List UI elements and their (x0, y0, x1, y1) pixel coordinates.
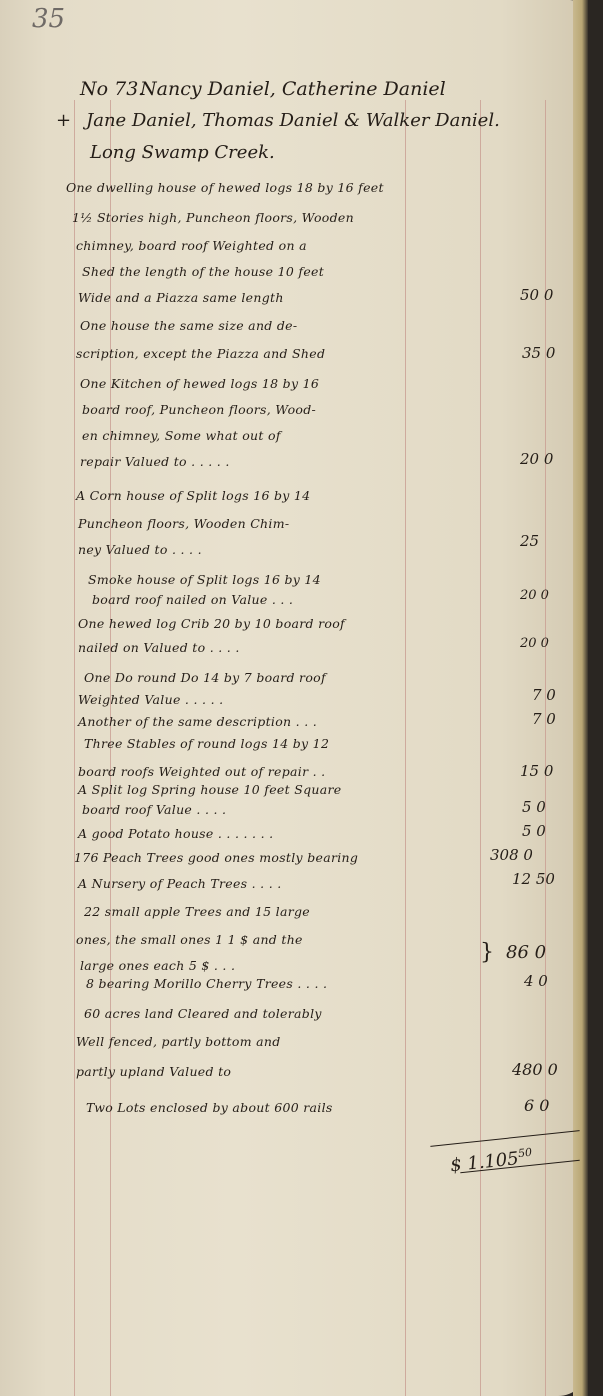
item-11-amount: 5 0 (522, 822, 546, 840)
item-5-line-1: Smoke house of Split logs 16 by 14 (88, 572, 321, 587)
item-6-line-1: One hewed log Crib 20 by 10 board roof (78, 616, 345, 631)
item-10-line-1: A Split log Spring house 10 feet Square (78, 782, 341, 797)
item-15-line-1: 8 bearing Morillo Cherry Trees . . . . (86, 976, 327, 991)
item-17-line-1: Two Lots enclosed by about 600 rails (86, 1100, 333, 1115)
claimants-line-1: Nancy Daniel, Catherine Daniel (140, 78, 446, 100)
item-14-line-2: ones, the small ones 1 1 $ and the (76, 932, 303, 947)
item-9-line-2: board roofs Weighted out of repair . . (78, 764, 325, 779)
item-3-line-4: repair Valued to . . . . . (80, 454, 230, 469)
column-rule-2 (480, 100, 481, 1396)
brace-mark: } (480, 940, 494, 965)
item-8-line-1: Another of the same description . . . (78, 714, 317, 729)
item-8-amount: 7 0 (532, 710, 556, 728)
item-6-line-2: nailed on Valued to . . . . (78, 640, 240, 655)
item-14-line-1: 22 small apple Trees and 15 large (84, 904, 310, 919)
item-13-line-1: A Nursery of Peach Trees . . . . (78, 876, 282, 891)
item-1-line-1: One dwelling house of hewed logs 18 by 1… (66, 180, 384, 195)
column-rule-1 (405, 100, 406, 1396)
item-1-line-3: chimney, board roof Weighted on a (76, 238, 307, 253)
item-3-line-1: One Kitchen of hewed logs 18 by 16 (80, 376, 319, 391)
page-number: 35 (32, 4, 65, 34)
item-12-amount: 308 0 (490, 846, 533, 864)
item-5-line-2: board roof nailed on Value . . . (92, 592, 293, 607)
item-1-line-2: 1½ Stories high, Puncheon floors, Wooden (72, 210, 354, 225)
claimants-line-2: Jane Daniel, Thomas Daniel & Walker Dani… (86, 110, 500, 131)
item-16-amount: 480 0 (512, 1060, 558, 1079)
item-3-line-2: board roof, Puncheon floors, Wood- (82, 402, 316, 417)
location: Long Swamp Creek. (90, 142, 275, 163)
item-7-line-1: One Do round Do 14 by 7 board roof (84, 670, 326, 685)
item-10-line-2: board roof Value . . . . (82, 802, 226, 817)
item-2-line-1: One house the same size and de- (80, 318, 297, 333)
item-4-amount: 25 (520, 532, 539, 550)
margin-rule-1 (74, 100, 75, 1396)
total-cents: 50 (517, 1146, 532, 1160)
item-11-line-1: A good Potato house . . . . . . . (78, 826, 273, 841)
item-7-line-2: Weighted Value . . . . . (78, 692, 223, 707)
item-15-amount: 4 0 (524, 972, 548, 990)
item-9-line-1: Three Stables of round logs 14 by 12 (84, 736, 329, 751)
item-2-amount: 35 0 (522, 344, 555, 362)
item-12-line-1: 176 Peach Trees good ones mostly bearing (74, 850, 358, 865)
item-17-amount: 6 0 (524, 1096, 549, 1115)
item-7-amount: 7 0 (532, 686, 556, 704)
item-14-amount: 86 0 (506, 942, 546, 963)
item-4-line-1: A Corn house of Split logs 16 by 14 (76, 488, 310, 503)
entry-number: No 73. (80, 78, 144, 100)
item-16-line-2: Well fenced, partly bottom and (76, 1034, 281, 1049)
page-edge (573, 0, 588, 1396)
item-4-line-2: Puncheon floors, Wooden Chim- (78, 516, 289, 531)
item-16-line-3: partly upland Valued to (76, 1064, 231, 1079)
item-10-amount: 5 0 (522, 798, 546, 816)
item-16-line-1: 60 acres land Cleared and tolerably (84, 1006, 322, 1021)
item-3-line-3: en chimney, Some what out of (82, 428, 281, 443)
item-6-amount: 20 0 (520, 636, 549, 651)
item-1-line-5: Wide and a Piazza same length (78, 290, 284, 305)
item-9-amount: 15 0 (520, 762, 553, 780)
item-1-amount: 50 0 (520, 286, 553, 304)
item-4-line-3: ney Valued to . . . . (78, 542, 202, 557)
total-rule-top (430, 1130, 579, 1147)
item-13-amount: 12 50 (512, 870, 555, 888)
item-3-amount: 20 0 (520, 450, 553, 468)
ledger-page: 35 No 73. Nancy Daniel, Catherine Daniel… (0, 0, 588, 1396)
item-5-amount: 20 0 (520, 588, 549, 603)
item-2-line-2: scription, except the Piazza and Shed (76, 346, 325, 361)
margin-mark: + (56, 110, 71, 131)
item-14-line-3: large ones each 5 $ . . . (80, 958, 235, 973)
item-1-line-4: Shed the length of the house 10 feet (82, 264, 324, 279)
